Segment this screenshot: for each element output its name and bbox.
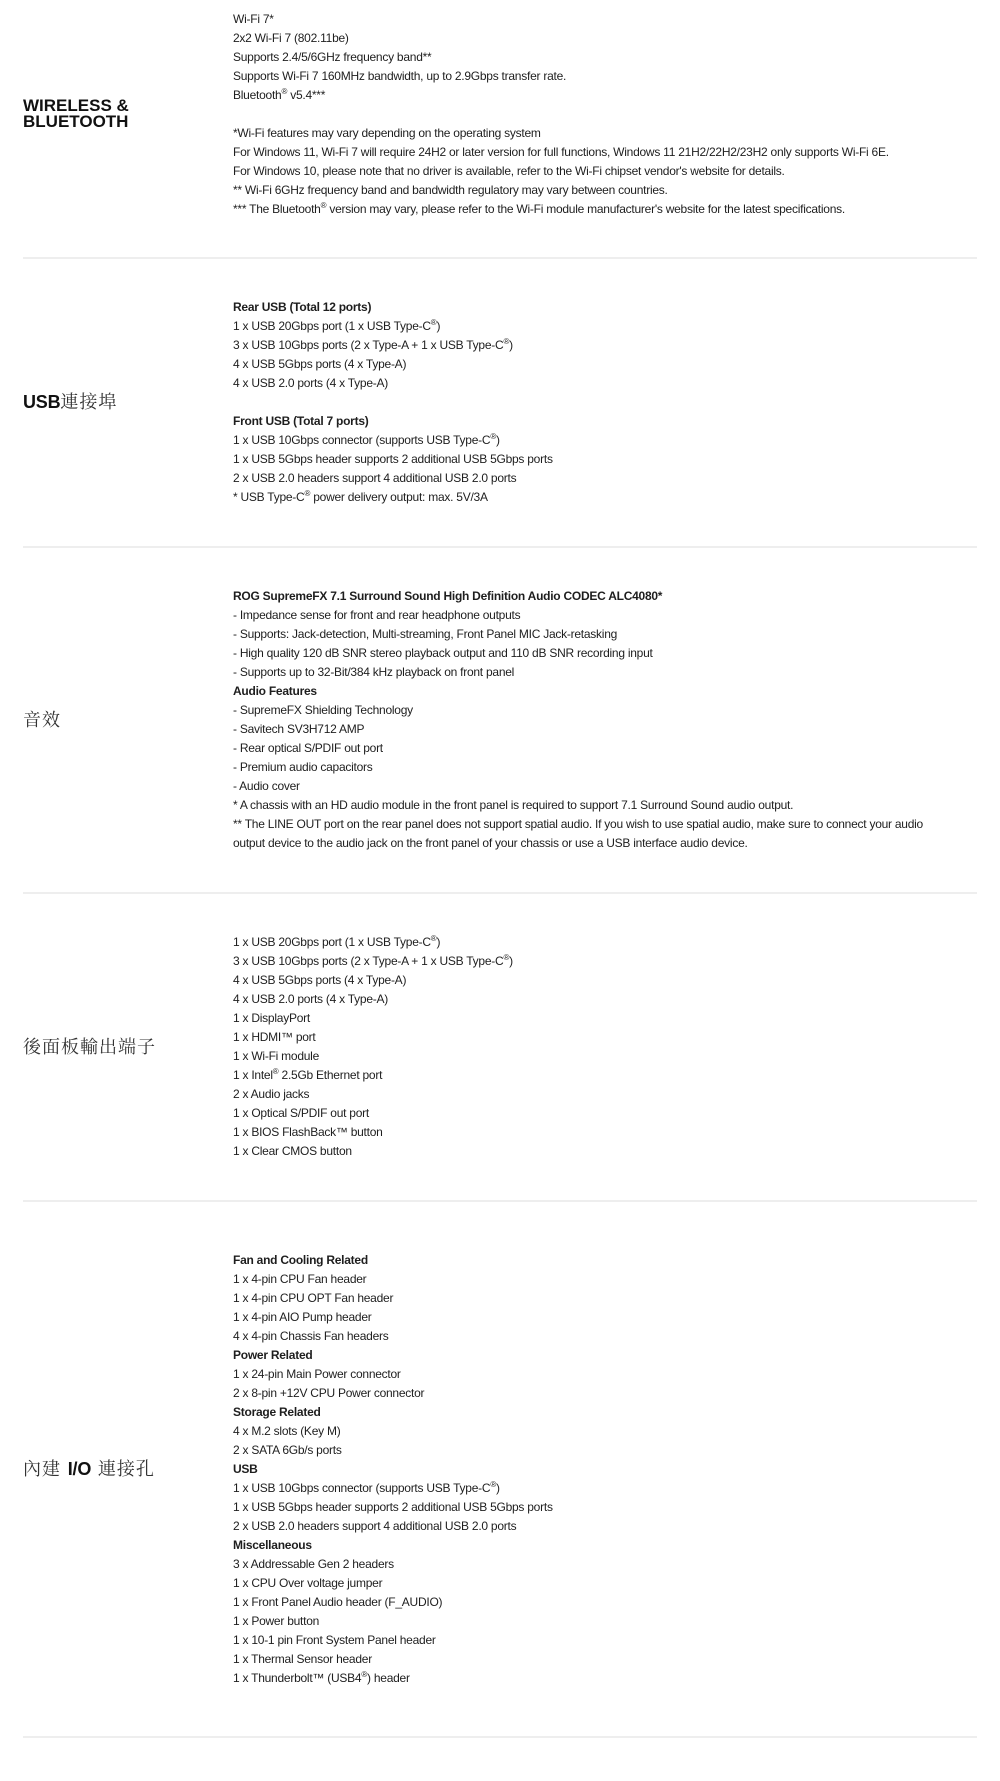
spec-line: 1 x Front Panel Audio header (F_AUDIO) <box>233 1593 957 1612</box>
spec-subheading: USB <box>233 1460 957 1479</box>
spec-line: 1 x DisplayPort <box>233 1009 957 1028</box>
spec-line: 1 x 24-pin Main Power connector <box>233 1365 957 1384</box>
label-cjk: 連接埠 <box>60 392 117 413</box>
spec-line: 1 x Intel® 2.5Gb Ethernet port <box>233 1066 957 1085</box>
spec-line: 4 x USB 2.0 ports (4 x Type-A) <box>233 374 957 393</box>
spec-line: 4 x M.2 slots (Key M) <box>233 1422 957 1441</box>
spec-row-wireless-bluetooth: WIRELESS & BLUETOOTH Wi-Fi 7*2x2 Wi-Fi 7… <box>23 0 977 259</box>
spec-line: *** The Bluetooth® version may vary, ple… <box>233 200 957 219</box>
spec-line: ** Wi-Fi 6GHz frequency band and bandwid… <box>233 181 957 200</box>
spec-label-usb-ports: USB連接埠 <box>23 394 233 411</box>
spec-line: - SupremeFX Shielding Technology <box>233 701 957 720</box>
spec-line: - Savitech SV3H712 AMP <box>233 720 957 739</box>
spec-line: *Wi-Fi features may vary depending on th… <box>233 124 957 143</box>
spec-line: * USB Type-C® power delivery output: max… <box>233 488 957 507</box>
spec-line: 2 x Audio jacks <box>233 1085 957 1104</box>
spec-line: Supports Wi-Fi 7 160MHz bandwidth, up to… <box>233 67 957 86</box>
spec-row-usb-ports: USB連接埠 Rear USB (Total 12 ports)1 x USB … <box>23 259 977 548</box>
label-en: USB <box>23 392 60 412</box>
spec-line: - Premium audio capacitors <box>233 758 957 777</box>
spec-line: 1 x Clear CMOS button <box>233 1142 957 1161</box>
spec-line: 1 x USB 20Gbps port (1 x USB Type-C®) <box>233 933 957 952</box>
spec-line: ** The LINE OUT port on the rear panel d… <box>233 815 957 853</box>
spec-line: 4 x USB 2.0 ports (4 x Type-A) <box>233 990 957 1009</box>
spec-line: 1 x USB 5Gbps header supports 2 addition… <box>233 450 957 469</box>
spec-content-internal-io: Fan and Cooling Related1 x 4-pin CPU Fan… <box>233 1251 977 1688</box>
spec-line: 4 x USB 5Gbps ports (4 x Type-A) <box>233 355 957 374</box>
spec-subheading: ROG SupremeFX 7.1 Surround Sound High De… <box>233 587 957 606</box>
spec-line: 1 x BIOS FlashBack™ button <box>233 1123 957 1142</box>
spec-subheading: Front USB (Total 7 ports) <box>233 412 957 431</box>
label-cjk: 後面板輸出端子 <box>23 1037 156 1058</box>
spec-line: Wi-Fi 7* <box>233 10 957 29</box>
spec-line: 2 x USB 2.0 headers support 4 additional… <box>233 1517 957 1536</box>
spec-line: 1 x USB 5Gbps header supports 2 addition… <box>233 1498 957 1517</box>
spec-line: 1 x Thunderbolt™ (USB4®) header <box>233 1669 957 1688</box>
spec-line: 1 x Thermal Sensor header <box>233 1650 957 1669</box>
spec-content-usb-ports: Rear USB (Total 12 ports)1 x USB 20Gbps … <box>233 298 977 507</box>
spacer <box>233 105 957 124</box>
spec-label-audio: 音效 <box>23 712 233 729</box>
spec-content-audio: ROG SupremeFX 7.1 Surround Sound High De… <box>233 587 977 853</box>
spec-line: - Audio cover <box>233 777 957 796</box>
spec-line: - Supports up to 32-Bit/384 kHz playback… <box>233 663 957 682</box>
spec-table: WIRELESS & BLUETOOTH Wi-Fi 7*2x2 Wi-Fi 7… <box>23 0 977 1738</box>
spec-line: 1 x 4-pin CPU OPT Fan header <box>233 1289 957 1308</box>
spacer <box>233 393 957 412</box>
spec-line: For Windows 10, please note that no driv… <box>233 162 957 181</box>
spec-subheading: Miscellaneous <box>233 1536 957 1555</box>
spec-line: 4 x 4-pin Chassis Fan headers <box>233 1327 957 1346</box>
spec-line: 2 x USB 2.0 headers support 4 additional… <box>233 469 957 488</box>
spec-line: 1 x Power button <box>233 1612 957 1631</box>
spec-subheading: Audio Features <box>233 682 957 701</box>
spec-line: - Supports: Jack-detection, Multi-stream… <box>233 625 957 644</box>
label-cjk-pre: 內建 <box>23 1459 68 1480</box>
spec-line: - High quality 120 dB SNR stereo playbac… <box>233 644 957 663</box>
label-line: BLUETOOTH <box>23 114 233 130</box>
spec-line: 3 x USB 10Gbps ports (2 x Type-A + 1 x U… <box>233 336 957 355</box>
spec-line: For Windows 11, Wi-Fi 7 will require 24H… <box>233 143 957 162</box>
spec-subheading: Fan and Cooling Related <box>233 1251 957 1270</box>
spec-line: 2 x 8-pin +12V CPU Power connector <box>233 1384 957 1403</box>
spec-line: 3 x USB 10Gbps ports (2 x Type-A + 1 x U… <box>233 952 957 971</box>
spec-row-audio: 音效 ROG SupremeFX 7.1 Surround Sound High… <box>23 548 977 894</box>
spec-line: Supports 2.4/5/6GHz frequency band** <box>233 48 957 67</box>
spec-line: 1 x USB 10Gbps connector (supports USB T… <box>233 431 957 450</box>
spec-line: 2 x SATA 6Gb/s ports <box>233 1441 957 1460</box>
spec-label-rear-io: 後面板輸出端子 <box>23 1039 233 1056</box>
spec-line: 1 x CPU Over voltage jumper <box>233 1574 957 1593</box>
spec-line: 1 x 4-pin AIO Pump header <box>233 1308 957 1327</box>
spec-line: Bluetooth® v5.4*** <box>233 86 957 105</box>
label-en: I/O <box>68 1459 91 1479</box>
spec-line: 1 x USB 10Gbps connector (supports USB T… <box>233 1479 957 1498</box>
spec-label-internal-io: 內建 I/O 連接孔 <box>23 1461 233 1478</box>
spec-subheading: Rear USB (Total 12 ports) <box>233 298 957 317</box>
spec-line: - Impedance sense for front and rear hea… <box>233 606 957 625</box>
spec-line: 2x2 Wi-Fi 7 (802.11be) <box>233 29 957 48</box>
label-cjk: 音效 <box>23 710 61 731</box>
spec-row-internal-io: 內建 I/O 連接孔 Fan and Cooling Related1 x 4-… <box>23 1202 977 1738</box>
spec-row-rear-io: 後面板輸出端子 1 x USB 20Gbps port (1 x USB Typ… <box>23 894 977 1202</box>
spec-content-rear-io: 1 x USB 20Gbps port (1 x USB Type-C®)3 x… <box>233 933 977 1161</box>
spec-line: 1 x 4-pin CPU Fan header <box>233 1270 957 1289</box>
spec-line: - Rear optical S/PDIF out port <box>233 739 957 758</box>
spec-line: 1 x Wi-Fi module <box>233 1047 957 1066</box>
spec-line: 1 x Optical S/PDIF out port <box>233 1104 957 1123</box>
spec-content-wireless-bluetooth: Wi-Fi 7*2x2 Wi-Fi 7 (802.11be)Supports 2… <box>233 10 977 219</box>
spec-line: 1 x USB 20Gbps port (1 x USB Type-C®) <box>233 317 957 336</box>
spec-line: 1 x HDMI™ port <box>233 1028 957 1047</box>
spec-line: 4 x USB 5Gbps ports (4 x Type-A) <box>233 971 957 990</box>
spec-subheading: Power Related <box>233 1346 957 1365</box>
spec-line: * A chassis with an HD audio module in t… <box>233 796 957 815</box>
spec-label-wireless-bluetooth: WIRELESS & BLUETOOTH <box>23 98 233 130</box>
spec-line: 1 x 10-1 pin Front System Panel header <box>233 1631 957 1650</box>
label-cjk: 連接孔 <box>91 1459 155 1480</box>
spec-subheading: Storage Related <box>233 1403 957 1422</box>
spec-line: 3 x Addressable Gen 2 headers <box>233 1555 957 1574</box>
